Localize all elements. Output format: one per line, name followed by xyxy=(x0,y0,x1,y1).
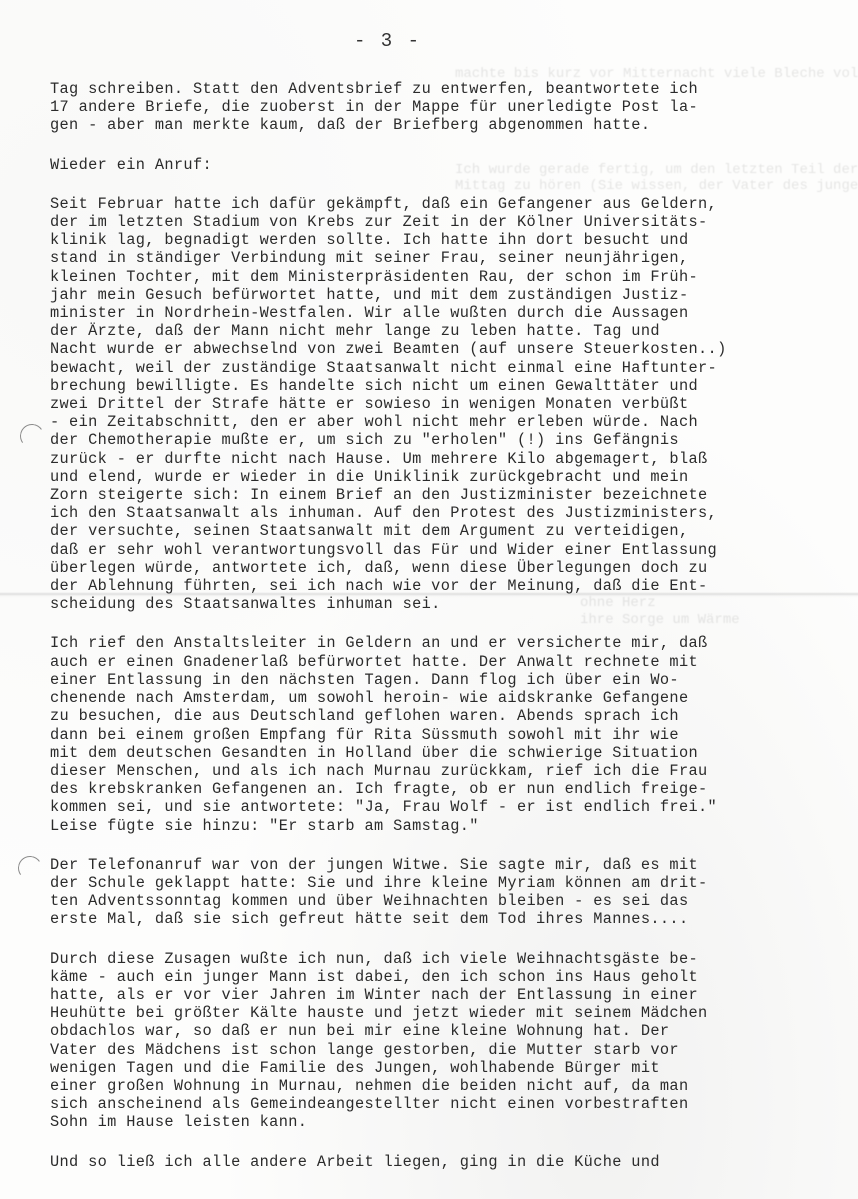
text-line: brechung bewilligte. Es handelte sich ni… xyxy=(50,377,840,395)
paragraph: Wieder ein Anruf: xyxy=(50,156,840,174)
text-line: dieser Menschen, und als ich nach Murnau… xyxy=(50,762,840,780)
text-line: bewacht, weil der zuständige Staatsanwal… xyxy=(50,359,840,377)
text-line: Durch diese Zusagen wußte ich nun, daß i… xyxy=(50,950,840,968)
text-line: zu besuchen, die aus Deutschland geflohe… xyxy=(50,707,840,725)
text-line: der versuchte, seinen Staatsanwalt mit d… xyxy=(50,522,840,540)
text-line: einer Entlassung in den nächsten Tagen. … xyxy=(50,671,840,689)
text-line: der Ablehnung führten, sei ich nach wie … xyxy=(50,577,840,595)
document-page: machte bis kurz vor Mitternacht viele Bl… xyxy=(0,0,858,1199)
text-line: stand in ständiger Verbindung mit seiner… xyxy=(50,249,840,267)
text-line: obdachlos war, so daß er nun bei mir ein… xyxy=(50,1022,840,1040)
text-line: des krebskranken Gefangenen an. Ich frag… xyxy=(50,780,840,798)
paragraph: Durch diese Zusagen wußte ich nun, daß i… xyxy=(50,950,840,1132)
text-line: der Schule geklappt hatte: Sie und ihre … xyxy=(50,874,840,892)
punch-hole-mark xyxy=(16,854,44,882)
text-line: Vater des Mädchens ist schon lange gesto… xyxy=(50,1041,840,1059)
text-line: Seit Februar hatte ich dafür gekämpft, d… xyxy=(50,195,840,213)
paragraph: Tag schreiben. Statt den Adventsbrief zu… xyxy=(50,80,840,135)
text-line: jahr mein Gesuch befürwortet hatte, und … xyxy=(50,286,840,304)
text-line: Der Telefonanruf war von der jungen Witw… xyxy=(50,856,840,874)
text-line: Nacht wurde er abwechselnd von zwei Beam… xyxy=(50,340,840,358)
text-line: Sohn im Hause leisten kann. xyxy=(50,1113,840,1131)
text-line: minister in Nordrhein-Westfalen. Wir all… xyxy=(50,304,840,322)
letter-body: Tag schreiben. Statt den Adventsbrief zu… xyxy=(50,80,840,1192)
text-line: chenende nach Amsterdam, um sowohl heroi… xyxy=(50,689,840,707)
paragraph: Seit Februar hatte ich dafür gekämpft, d… xyxy=(50,195,840,614)
text-line: Zorn steigerte sich: In einem Brief an d… xyxy=(50,486,840,504)
text-line: einer großen Wohnung in Murnau, nehmen d… xyxy=(50,1077,840,1095)
text-line: erste Mal, daß sie sich gefreut hätte se… xyxy=(50,910,840,928)
text-line: Leise fügte sie hinzu: "Er starb am Sams… xyxy=(50,817,840,835)
text-line: zurück - er durfte nicht nach Hause. Um … xyxy=(50,450,840,468)
text-line: überlegen würde, antwortete ich, daß, we… xyxy=(50,559,840,577)
text-line: zwei Drittel der Strafe hätte er sowieso… xyxy=(50,395,840,413)
punch-hole-mark xyxy=(18,422,46,450)
text-line: Ich rief den Anstaltsleiter in Geldern a… xyxy=(50,634,840,652)
paragraph: Der Telefonanruf war von der jungen Witw… xyxy=(50,856,840,929)
text-line: ich den Staatsanwalt als inhuman. Auf de… xyxy=(50,504,840,522)
text-line: 17 andere Briefe, die zuoberst in der Ma… xyxy=(50,98,840,116)
text-line: mit dem deutschen Gesandten in Holland ü… xyxy=(50,744,840,762)
text-line: kommen sei, und sie antwortete: "Ja, Fra… xyxy=(50,798,840,816)
text-line: - ein Zeitabschnitt, den er aber wohl ni… xyxy=(50,413,840,431)
text-line: scheidung des Staatsanwaltes inhuman sei… xyxy=(50,595,840,613)
text-line: Heuhütte bei größter Kälte hauste und je… xyxy=(50,1004,840,1022)
text-line: ten Adventssonntag kommen und über Weihn… xyxy=(50,892,840,910)
text-line: daß er sehr wohl verantwortungsvoll das … xyxy=(50,541,840,559)
page-number: - 3 - xyxy=(354,30,421,52)
text-line: sich anscheinend als Gemeindeangestellte… xyxy=(50,1095,840,1113)
paragraph: Ich rief den Anstaltsleiter in Geldern a… xyxy=(50,634,840,834)
text-line: Und so ließ ich alle andere Arbeit liege… xyxy=(50,1153,840,1171)
text-line: gen - aber man merkte kaum, daß der Brie… xyxy=(50,116,840,134)
text-line: klinik lag, begnadigt werden sollte. Ich… xyxy=(50,231,840,249)
text-line: und elend, wurde er wieder in die Unikli… xyxy=(50,468,840,486)
text-line: dann bei einem großen Empfang für Rita S… xyxy=(50,726,840,744)
text-line: auch er einen Gnadenerlaß befürwortet ha… xyxy=(50,653,840,671)
text-line: Wieder ein Anruf: xyxy=(50,156,840,174)
text-line: wenigen Tagen und die Familie des Jungen… xyxy=(50,1059,840,1077)
text-line: der Ärzte, daß der Mann nicht mehr lange… xyxy=(50,322,840,340)
paragraph: Und so ließ ich alle andere Arbeit liege… xyxy=(50,1153,840,1171)
text-line: der im letzten Stadium von Krebs zur Zei… xyxy=(50,213,840,231)
text-line: der Chemotherapie mußte er, um sich zu "… xyxy=(50,431,840,449)
text-line: hatte, als er vor vier Jahren im Winter … xyxy=(50,986,840,1004)
text-line: Tag schreiben. Statt den Adventsbrief zu… xyxy=(50,80,840,98)
text-line: käme - auch ein junger Mann ist dabei, d… xyxy=(50,968,840,986)
text-line: kleinen Tochter, mit dem Ministerpräside… xyxy=(50,268,840,286)
